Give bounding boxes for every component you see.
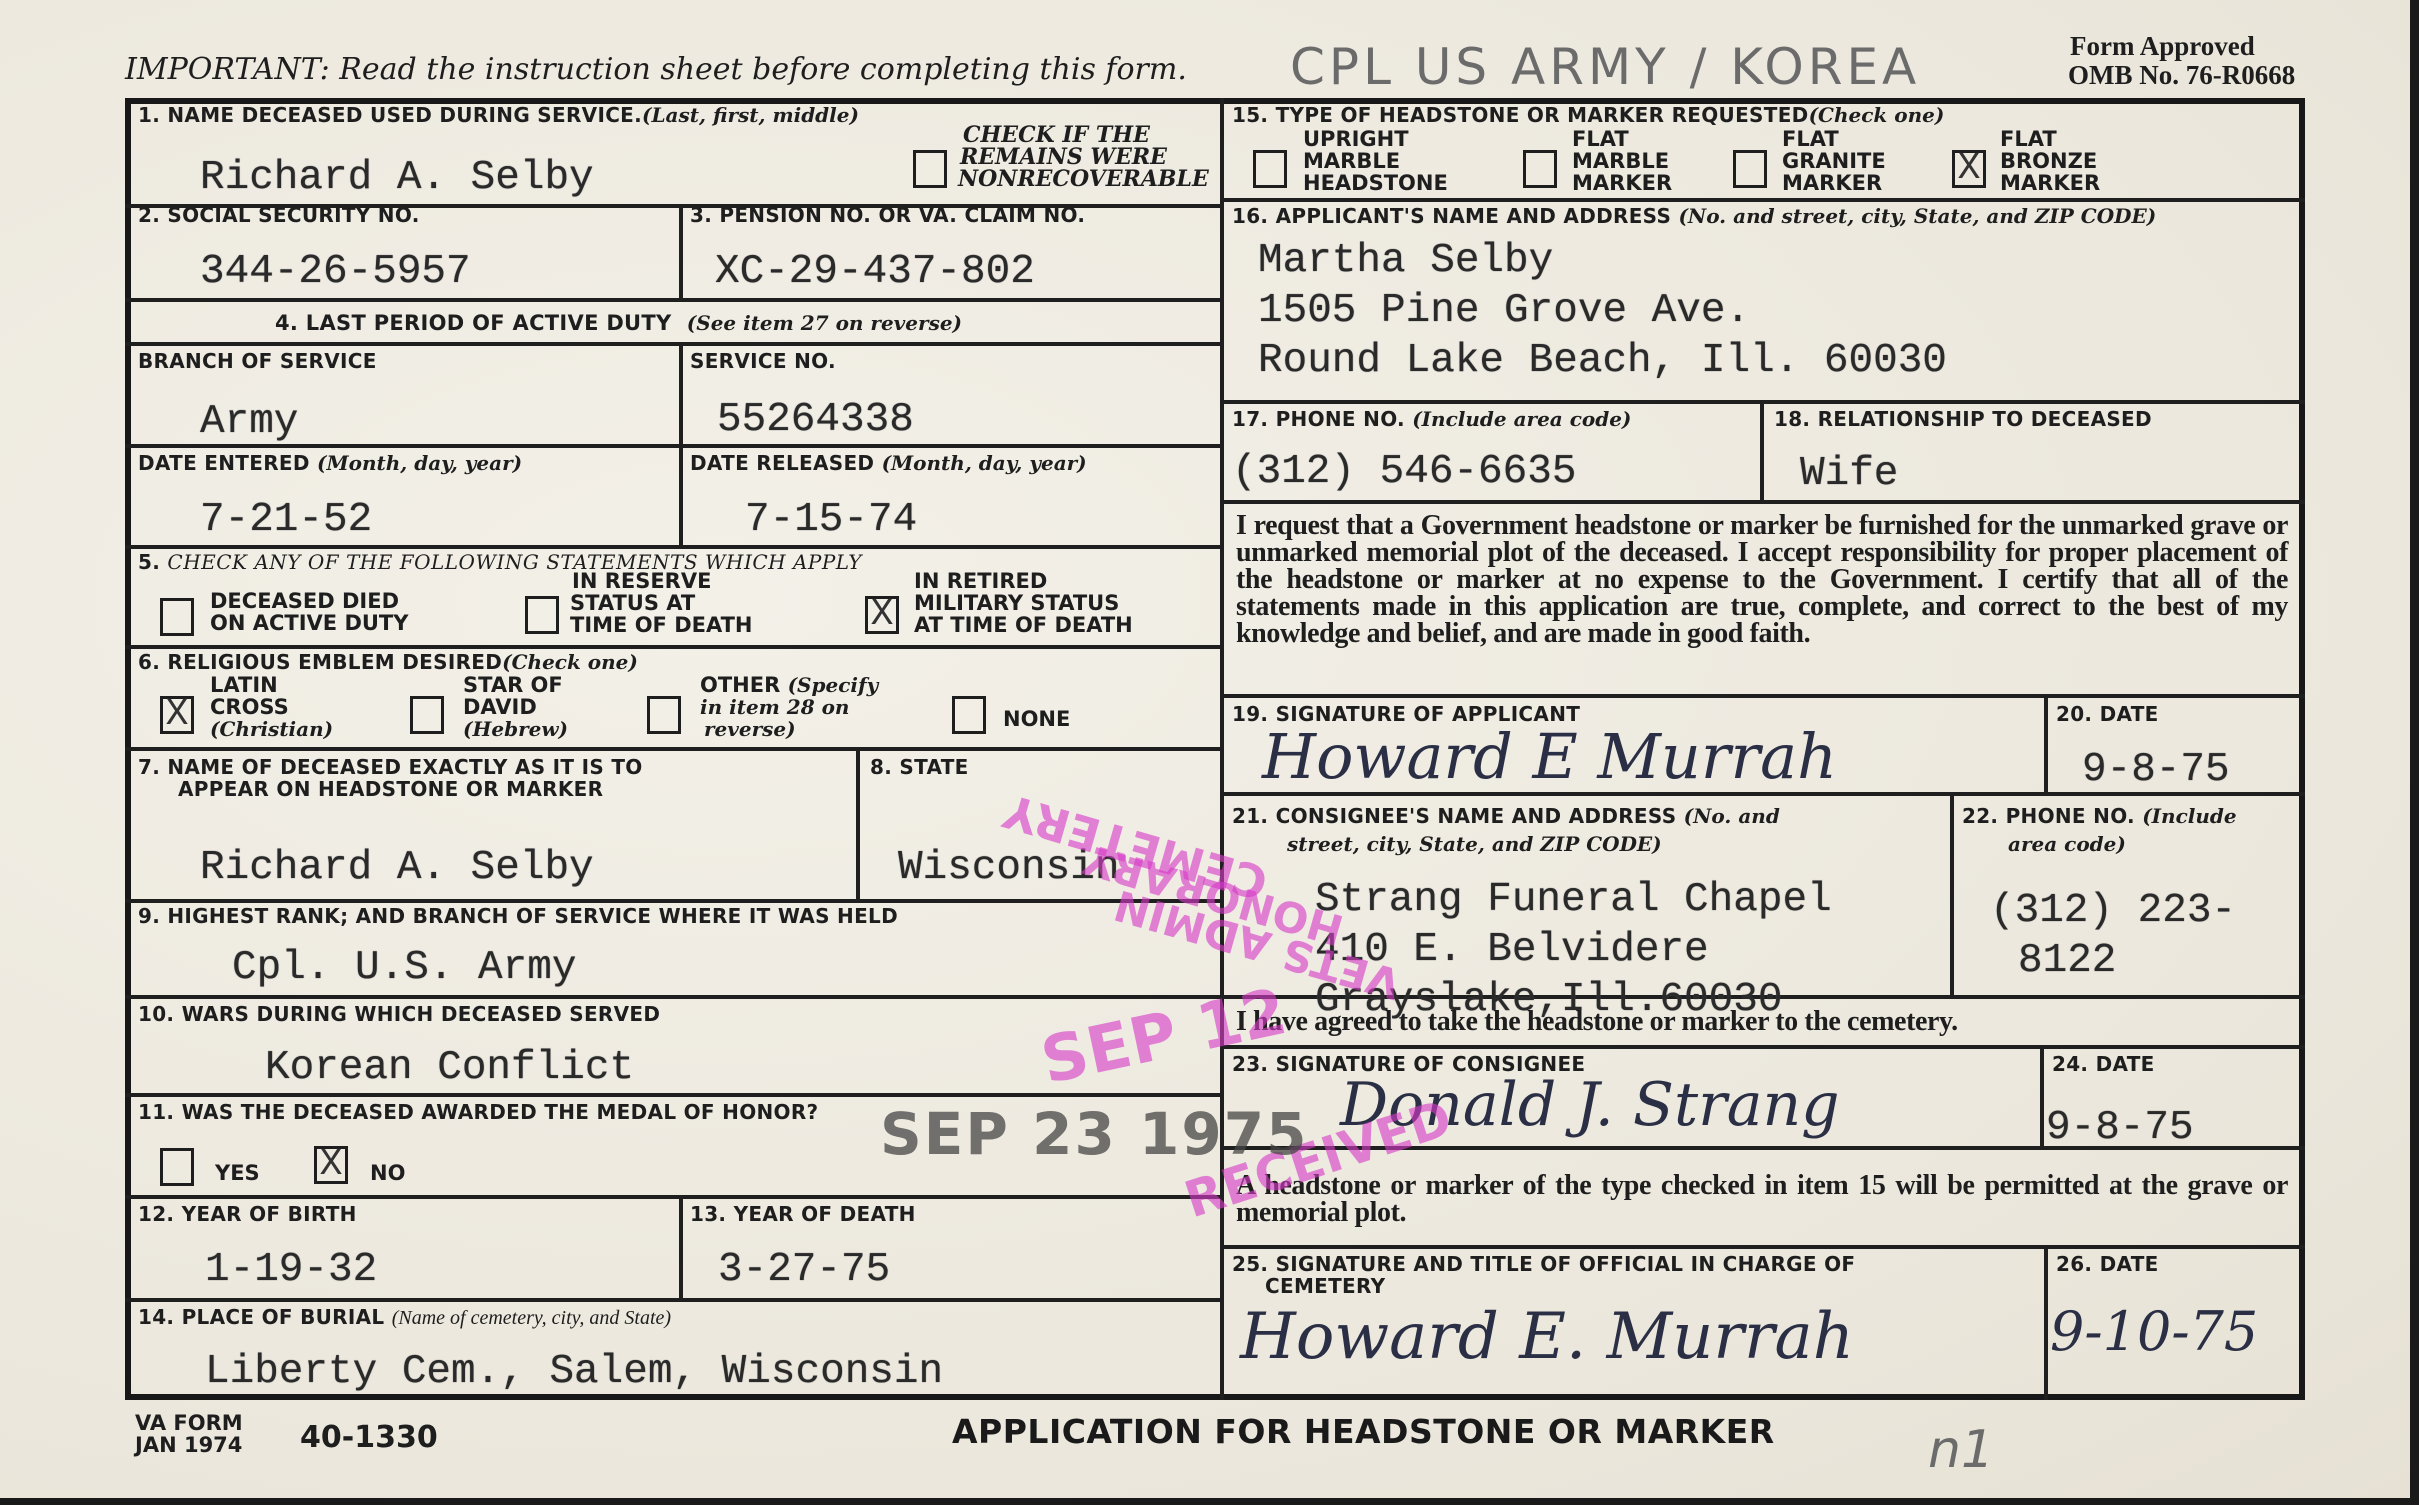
important-prefix: IMPORTANT: bbox=[125, 52, 330, 87]
relationship-field[interactable]: Wife bbox=[1800, 452, 1898, 496]
divider bbox=[679, 1195, 683, 1298]
service-no-label: SERVICE NO. bbox=[690, 350, 836, 372]
divider bbox=[125, 1195, 1222, 1199]
form-number: 40-1330 bbox=[300, 1420, 438, 1455]
other-emblem-checkbox[interactable] bbox=[647, 696, 681, 734]
divider bbox=[2044, 1245, 2048, 1400]
medal-no-checkbox[interactable]: X bbox=[314, 1146, 348, 1184]
applicant-date-field[interactable]: 9-8-75 bbox=[2082, 748, 2230, 792]
upright-marble-checkbox[interactable] bbox=[1253, 150, 1287, 188]
item15-label: 15. TYPE OF HEADSTONE OR MARKER REQUESTE… bbox=[1232, 104, 1944, 126]
applicant-address-field[interactable]: Martha Selby 1505 Pine Grove Ave. Round … bbox=[1258, 236, 1947, 386]
divider bbox=[856, 747, 860, 899]
divider bbox=[1222, 1245, 2305, 1249]
star-of-david-checkbox[interactable] bbox=[410, 696, 444, 734]
item17-label: 17. PHONE NO. (Include area code) bbox=[1232, 408, 1631, 430]
divider bbox=[125, 1298, 1222, 1302]
branch-label: BRANCH OF SERVICE bbox=[138, 350, 377, 372]
date-stamp: SEP 23 1975 bbox=[880, 1100, 1308, 1168]
item3-label: 3. PENSION NO. OR VA. CLAIM NO. bbox=[690, 204, 1085, 226]
consignee-name: Strang Funeral Chapel bbox=[1315, 875, 1832, 925]
consignee-date-field[interactable]: 9-8-75 bbox=[2046, 1106, 2194, 1150]
item20-label: 20. DATE bbox=[2056, 703, 2159, 725]
none-emblem-checkbox[interactable] bbox=[952, 696, 986, 734]
important-notice: IMPORTANT: Read the instruction sheet be… bbox=[125, 52, 1187, 87]
divider bbox=[125, 298, 1222, 302]
item4-label: 4. LAST PERIOD OF ACTIVE DUTY (See item … bbox=[275, 312, 962, 334]
headstone-name-field[interactable]: Richard A. Selby bbox=[200, 846, 594, 890]
important-text: Read the instruction sheet before comple… bbox=[339, 52, 1187, 87]
pencil-annotation: CPL US ARMY / KOREA bbox=[1290, 38, 1920, 96]
divider bbox=[125, 995, 1222, 999]
birth-date-field[interactable]: 1-19-32 bbox=[205, 1248, 377, 1292]
applicant-street: 1505 Pine Grove Ave. bbox=[1258, 286, 1947, 336]
divider bbox=[679, 342, 683, 545]
date-entered-field[interactable]: 7-21-52 bbox=[200, 498, 372, 542]
nonrecoverable-checkbox[interactable] bbox=[913, 150, 947, 188]
reserve-status-checkbox[interactable] bbox=[525, 596, 559, 634]
item21-label: 21. CONSIGNEE'S NAME AND ADDRESS (No. an… bbox=[1232, 805, 1780, 855]
item6-label: 6. RELIGIOUS EMBLEM DESIRED(Check one) bbox=[138, 651, 638, 673]
item11-label: 11. WAS THE DECEASED AWARDED THE MEDAL O… bbox=[138, 1101, 818, 1123]
form-title: APPLICATION FOR HEADSTONE OR MARKER bbox=[952, 1412, 1775, 1451]
applicant-signature[interactable]: Howard E Murrah bbox=[1262, 720, 1837, 793]
flat-granite-label: FLATGRANITEMARKER bbox=[1782, 128, 1886, 194]
divider bbox=[1950, 792, 1954, 995]
flat-bronze-checkbox[interactable]: X bbox=[1952, 150, 1986, 188]
item13-label: 13. YEAR OF DEATH bbox=[690, 1203, 916, 1225]
item14-label: 14. PLACE OF BURIAL (Name of cemetery, c… bbox=[138, 1306, 671, 1329]
divider bbox=[679, 204, 683, 298]
item16-label: 16. APPLICANT'S NAME AND ADDRESS (No. an… bbox=[1232, 205, 2156, 227]
divider bbox=[125, 342, 1222, 346]
date-released-label: DATE RELEASED (Month, day, year) bbox=[690, 452, 1087, 474]
upright-marble-label: UPRIGHTMARBLEHEADSTONE bbox=[1303, 128, 1448, 194]
applicant-phone-field[interactable]: (312) 546-6635 bbox=[1232, 450, 1576, 494]
item24-label: 24. DATE bbox=[2052, 1053, 2155, 1075]
highest-rank-field[interactable]: Cpl. U.S. Army bbox=[232, 946, 576, 990]
consignee-phone-field[interactable]: (312) 223- 8122 bbox=[1990, 886, 2236, 986]
latin-cross-label: LATINCROSS(Christian) bbox=[210, 674, 333, 740]
divider bbox=[2040, 1045, 2044, 1146]
divider bbox=[125, 899, 1222, 903]
died-active-duty-label: DECEASED DIEDON ACTIVE DUTY bbox=[210, 590, 408, 634]
official-signature[interactable]: Howard E. Murrah bbox=[1240, 1300, 1854, 1374]
form-paper: IMPORTANT: Read the instruction sheet be… bbox=[0, 0, 2410, 1498]
item12-label: 12. YEAR OF BIRTH bbox=[138, 1203, 357, 1225]
pencil-mark: n1 bbox=[1928, 1420, 1994, 1480]
wars-field[interactable]: Korean Conflict bbox=[265, 1046, 634, 1090]
item1-label: 1. NAME DECEASED USED DURING SERVICE.(La… bbox=[138, 104, 859, 126]
flat-bronze-label: FLATBRONZEMARKER bbox=[2000, 128, 2100, 194]
omb-number: OMB No. 76-R0668 bbox=[2068, 61, 2295, 90]
medal-yes-label: YES bbox=[215, 1162, 260, 1184]
other-emblem-label: OTHER (Specifyin item 28 onreverse) bbox=[700, 674, 878, 740]
divider bbox=[1760, 400, 1764, 500]
flat-marble-checkbox[interactable] bbox=[1523, 150, 1557, 188]
medal-no-label: NO bbox=[370, 1162, 405, 1184]
divider bbox=[1222, 198, 2305, 202]
service-no-field[interactable]: 55264338 bbox=[717, 398, 914, 442]
branch-field[interactable]: Army bbox=[200, 400, 298, 444]
divider bbox=[125, 545, 1222, 549]
divider bbox=[125, 747, 1222, 751]
deceased-name-field[interactable]: Richard A. Selby bbox=[200, 156, 594, 200]
item18-label: 18. RELATIONSHIP TO DECEASED bbox=[1774, 408, 2152, 430]
retired-status-label: IN RETIREDMILITARY STATUSAT TIME OF DEAT… bbox=[914, 570, 1133, 636]
ssn-field[interactable]: 344-26-5957 bbox=[200, 250, 471, 294]
flat-marble-label: FLATMARBLEMARKER bbox=[1572, 128, 1672, 194]
item9-label: 9. HIGHEST RANK; AND BRANCH OF SERVICE W… bbox=[138, 905, 898, 927]
divider bbox=[1222, 694, 2305, 698]
died-active-duty-checkbox[interactable] bbox=[160, 598, 194, 636]
form-approved-label: Form Approved bbox=[2068, 32, 2295, 61]
death-date-field[interactable]: 3-27-75 bbox=[718, 1248, 890, 1292]
nonrecoverable-label: CHECK IF THE REMAINS WERE NONRECOVERABLE bbox=[958, 124, 1209, 190]
retired-status-checkbox[interactable]: X bbox=[865, 596, 899, 634]
none-emblem-label: NONE bbox=[1003, 708, 1070, 730]
divider bbox=[2044, 694, 2048, 792]
medal-yes-checkbox[interactable] bbox=[160, 1148, 194, 1186]
agreed-text: I have agreed to take the headstone or m… bbox=[1236, 1008, 1958, 1035]
applicant-name: Martha Selby bbox=[1258, 236, 1947, 286]
item8-label: 8. STATE bbox=[870, 756, 969, 778]
item10-label: 10. WARS DURING WHICH DECEASED SERVED bbox=[138, 1003, 660, 1025]
official-date-field[interactable]: 9-10-75 bbox=[2050, 1300, 2258, 1363]
certification-text: I request that a Government headstone or… bbox=[1236, 512, 2288, 647]
latin-cross-checkbox[interactable]: X bbox=[160, 696, 194, 734]
item5-label: 5. CHECK ANY OF THE FOLLOWING STATEMENTS… bbox=[138, 551, 862, 573]
item25-label: 25. SIGNATURE AND TITLE OF OFFICIAL IN C… bbox=[1232, 1253, 1855, 1297]
form-approved: Form Approved OMB No. 76-R0668 bbox=[2068, 32, 2295, 90]
star-of-david-label: STAR OFDAVID(Hebrew) bbox=[463, 674, 568, 740]
date-released-field[interactable]: 7-15-74 bbox=[745, 498, 917, 542]
date-entered-label: DATE ENTERED (Month, day, year) bbox=[138, 452, 522, 474]
item22-label: 22. PHONE NO. (Includearea code) bbox=[1962, 805, 2237, 855]
divider bbox=[125, 645, 1222, 649]
flat-granite-checkbox[interactable] bbox=[1733, 150, 1767, 188]
permitted-text: A headstone or marker of the type checke… bbox=[1236, 1172, 2288, 1226]
item26-label: 26. DATE bbox=[2056, 1253, 2159, 1275]
item7-label: 7. NAME OF DECEASED EXACTLY AS IT IS TOA… bbox=[138, 756, 643, 800]
va-form-label: VA FORM JAN 1974 bbox=[135, 1412, 243, 1456]
divider bbox=[1222, 1045, 2305, 1049]
applicant-city: Round Lake Beach, Ill. 60030 bbox=[1258, 336, 1947, 386]
claim-no-field[interactable]: XC-29-437-802 bbox=[715, 250, 1035, 294]
item2-label: 2. SOCIAL SECURITY NO. bbox=[138, 204, 420, 226]
divider bbox=[1222, 500, 2305, 504]
burial-place-field[interactable]: Liberty Cem., Salem, Wisconsin bbox=[205, 1350, 943, 1394]
reserve-status-label: IN RESERVESTATUS ATTIME OF DEATH bbox=[570, 570, 753, 636]
